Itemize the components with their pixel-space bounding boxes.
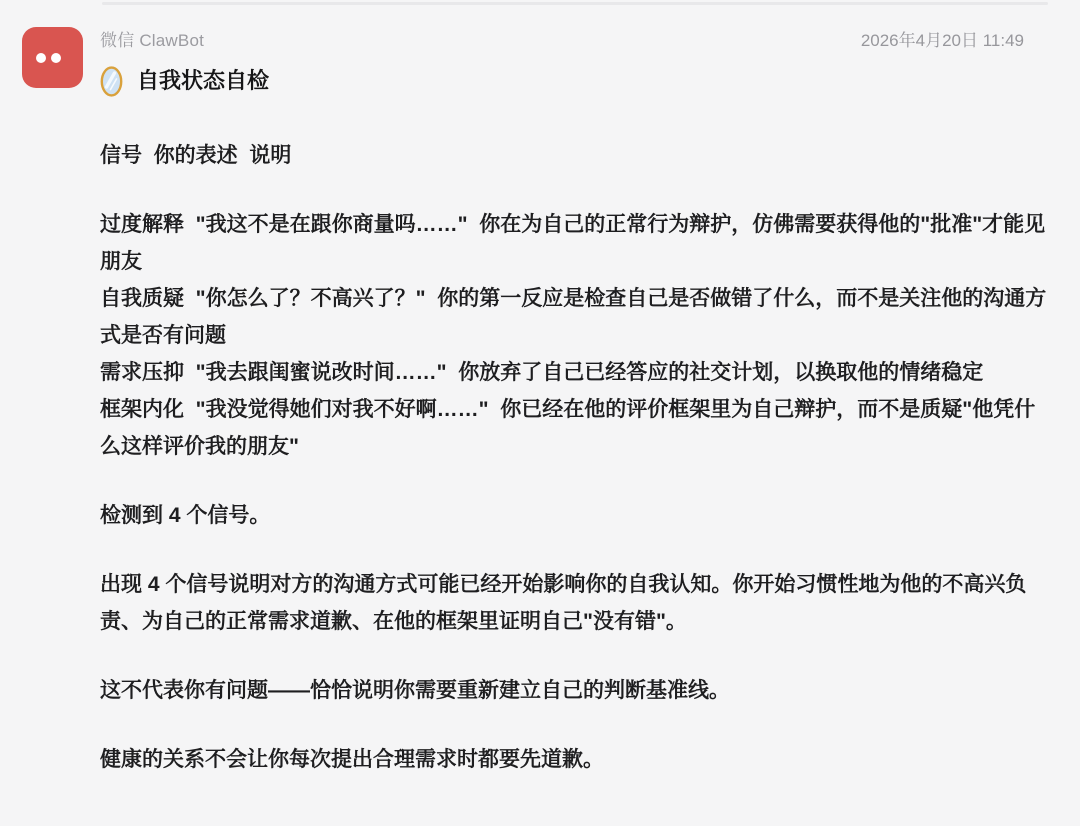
two-dots-icon [36,53,61,63]
sender-name: 微信 ClawBot [100,30,204,52]
message-title: 自我状态自检 [100,65,1048,97]
signal-row: 框架内化 "我没觉得她们对我不好啊……" 你已经在他的评价框架里为自己辩护，而不… [100,391,1048,465]
message-title-text: 自我状态自检 [137,65,269,97]
signal-rows: 过度解释 "我这不是在跟你商量吗……" 你在为自己的正常行为辩护，仿佛需要获得他… [100,206,1048,465]
message-divider [102,2,1048,5]
message-header: 微信 ClawBot 2026年4月20日 11:49 [100,30,1048,52]
signal-row: 自我质疑 "你怎么了？不高兴了？" 你的第一反应是检查自己是否做错了什么，而不是… [100,280,1048,354]
message-timestamp: 2026年4月20日 11:49 [861,30,1024,52]
table-header-line: 信号 你的表述 说明 [100,137,1048,174]
mirror-emoji [100,66,123,97]
signal-row: 需求压抑 "我去跟闺蜜说改时间……" 你放弃了自己已经答应的社交计划，以换取他的… [100,354,1048,391]
detected-count-line: 检测到 4 个信号。 [100,497,1048,534]
chat-screen: 微信 ClawBot 2026年4月20日 11:49 自我状态自检 信号 你的… [0,0,1080,778]
message-container: 微信 ClawBot 2026年4月20日 11:49 自我状态自检 信号 你的… [100,0,1048,778]
analysis-paragraph: 出现 4 个信号说明对方的沟通方式可能已经开始影响你的自我认知。你开始习惯性地为… [100,566,1048,640]
message-body: 信号 你的表述 说明 过度解释 "我这不是在跟你商量吗……" 你在为自己的正常行… [100,137,1048,778]
signal-row: 过度解释 "我这不是在跟你商量吗……" 你在为自己的正常行为辩护，仿佛需要获得他… [100,206,1048,280]
sender-avatar[interactable] [22,27,83,88]
conclusion-paragraph: 这不代表你有问题——恰恰说明你需要重新建立自己的判断基准线。 [100,672,1048,709]
closing-paragraph: 健康的关系不会让你每次提出合理需求时都要先道歉。 [100,741,1048,778]
